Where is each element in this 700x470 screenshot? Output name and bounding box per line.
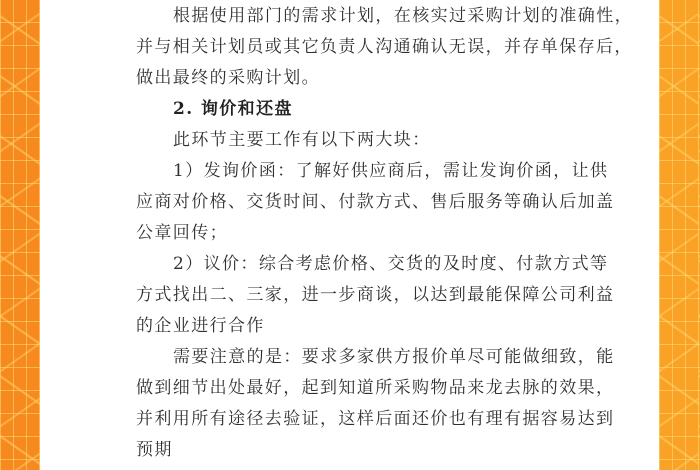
paragraph-line: 需要注意的是：要求多家供方报价单尽可能做细致，能 [173,347,615,367]
list-item-line: 公章回传； [136,223,228,243]
paragraph-line: 并与相关计划员或其它负责人沟通确认无误，并存单保存后， [136,37,633,57]
section-heading: 2. 询价和还盘 [173,99,293,119]
list-item-line: 的企业进行合作 [136,316,265,336]
list-item-line: 2）议价：综合考虑价格、交货的及时度、付款方式等 [173,254,608,274]
paragraph-line: 做出最终的采购计划。 [136,68,320,88]
list-item-line: 应商对价格、交货时间、付款方式、售后服务等确认后加盖 [136,192,614,212]
list-item-line: 1）发询价函：了解好供应商后，需让发询价函，让供 [173,161,608,181]
paragraph-line: 预期 [136,440,173,460]
paragraph-line: 并利用所有途径去验证，这样后面还价也有理有据容易达到 [136,409,614,429]
decorative-border-right [659,0,700,470]
paragraph-line: 此环节主要工作有以下两大块： [173,130,431,150]
list-item-line: 方式找出二、三家，进一步商谈，以达到最能保障公司利益 [136,285,614,305]
decorative-border-left [0,0,40,470]
document-page: 根据使用部门的需求计划，在核实过采购计划的准确性， 并与相关计划员或其它负责人沟… [40,0,659,470]
paragraph-line: 做到细节出处最好，起到知道所采购物品来龙去脉的效果， [136,378,614,398]
paragraph-line: 根据使用部门的需求计划，在核实过采购计划的准确性， [173,6,633,26]
